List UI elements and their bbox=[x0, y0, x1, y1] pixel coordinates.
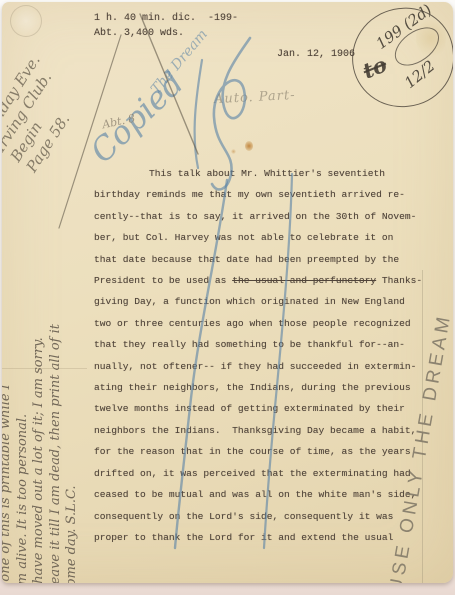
typed-date: Jan. 12, 1906 bbox=[277, 49, 355, 60]
typed-line: ber, but Col. Harvey was not able to cel… bbox=[94, 227, 434, 248]
margin-note-line: am alive. It is too personal. bbox=[15, 231, 32, 583]
typed-line: This talk about Mr. Whittier's seventiet… bbox=[94, 163, 434, 184]
typed-line: consequently on the Lord's side, consequ… bbox=[94, 506, 434, 527]
typed-line: neighbors the Indians. Thanksgiving Day … bbox=[94, 420, 434, 441]
ink-stain bbox=[231, 149, 236, 154]
typed-line: nually, not oftener-- if they had succee… bbox=[94, 356, 434, 377]
typed-line: for the reason that in the course of tim… bbox=[94, 441, 434, 462]
struck-text: the usual and perfunctory bbox=[232, 275, 376, 286]
typed-line: cently--that is to say, it arrived on th… bbox=[94, 206, 434, 227]
typed-line: ceased to be mutual and was all on the w… bbox=[94, 484, 434, 505]
typed-line: twelve months instead of getting extermi… bbox=[94, 398, 434, 419]
line-post: Thanks- bbox=[376, 275, 422, 286]
manuscript-photo: 1 h. 40 min. dic. -199- Abt. 3,400 wds. … bbox=[0, 0, 455, 595]
typed-line-with-strikethrough: President to be used as the usual and pe… bbox=[94, 270, 434, 291]
line-pre: President to be used as bbox=[94, 275, 232, 286]
typed-line: giving Day, a function which originated … bbox=[94, 291, 434, 312]
typed-line: ating their neighbors, the Indians, duri… bbox=[94, 377, 434, 398]
manuscript-page: 1 h. 40 min. dic. -199- Abt. 3,400 wds. … bbox=[2, 2, 453, 583]
pencil-auto-part-note: Auto. Part- bbox=[214, 88, 296, 107]
margin-note-line: some day. S.L.C. bbox=[64, 231, 81, 583]
typed-line: two or three centuries ago when those pe… bbox=[94, 313, 434, 334]
typed-line: birthday reminds me that my own seventie… bbox=[94, 184, 434, 205]
circled-pencil-notation: 199 (2d) to 12/2 bbox=[347, 3, 453, 112]
margin-note-line: None of this is printable while I bbox=[2, 231, 15, 583]
blue-flourish-scrawl bbox=[195, 60, 202, 168]
typed-line: proper to thank the Lord for it and exte… bbox=[94, 527, 434, 548]
margin-note-line: I have moved out a lot of it; I am sorry… bbox=[31, 231, 48, 583]
stamp-crossed-word: to bbox=[359, 51, 390, 83]
spacer bbox=[196, 13, 208, 24]
typed-line: drifted on, it was perceived that the ex… bbox=[94, 463, 434, 484]
typed-line: that they really had something to be tha… bbox=[94, 334, 434, 355]
page-number: -199- bbox=[208, 13, 238, 24]
left-margin-note: None of this is printable while I am ali… bbox=[2, 231, 82, 583]
typed-body: This talk about Mr. Whittier's seventiet… bbox=[94, 163, 434, 548]
embossed-watermark-circle bbox=[10, 5, 42, 37]
ink-stain bbox=[245, 141, 253, 151]
typed-line: that date because that date had been pre… bbox=[94, 249, 434, 270]
margin-note-line: Leave it till I am dead, then print all … bbox=[48, 231, 65, 583]
